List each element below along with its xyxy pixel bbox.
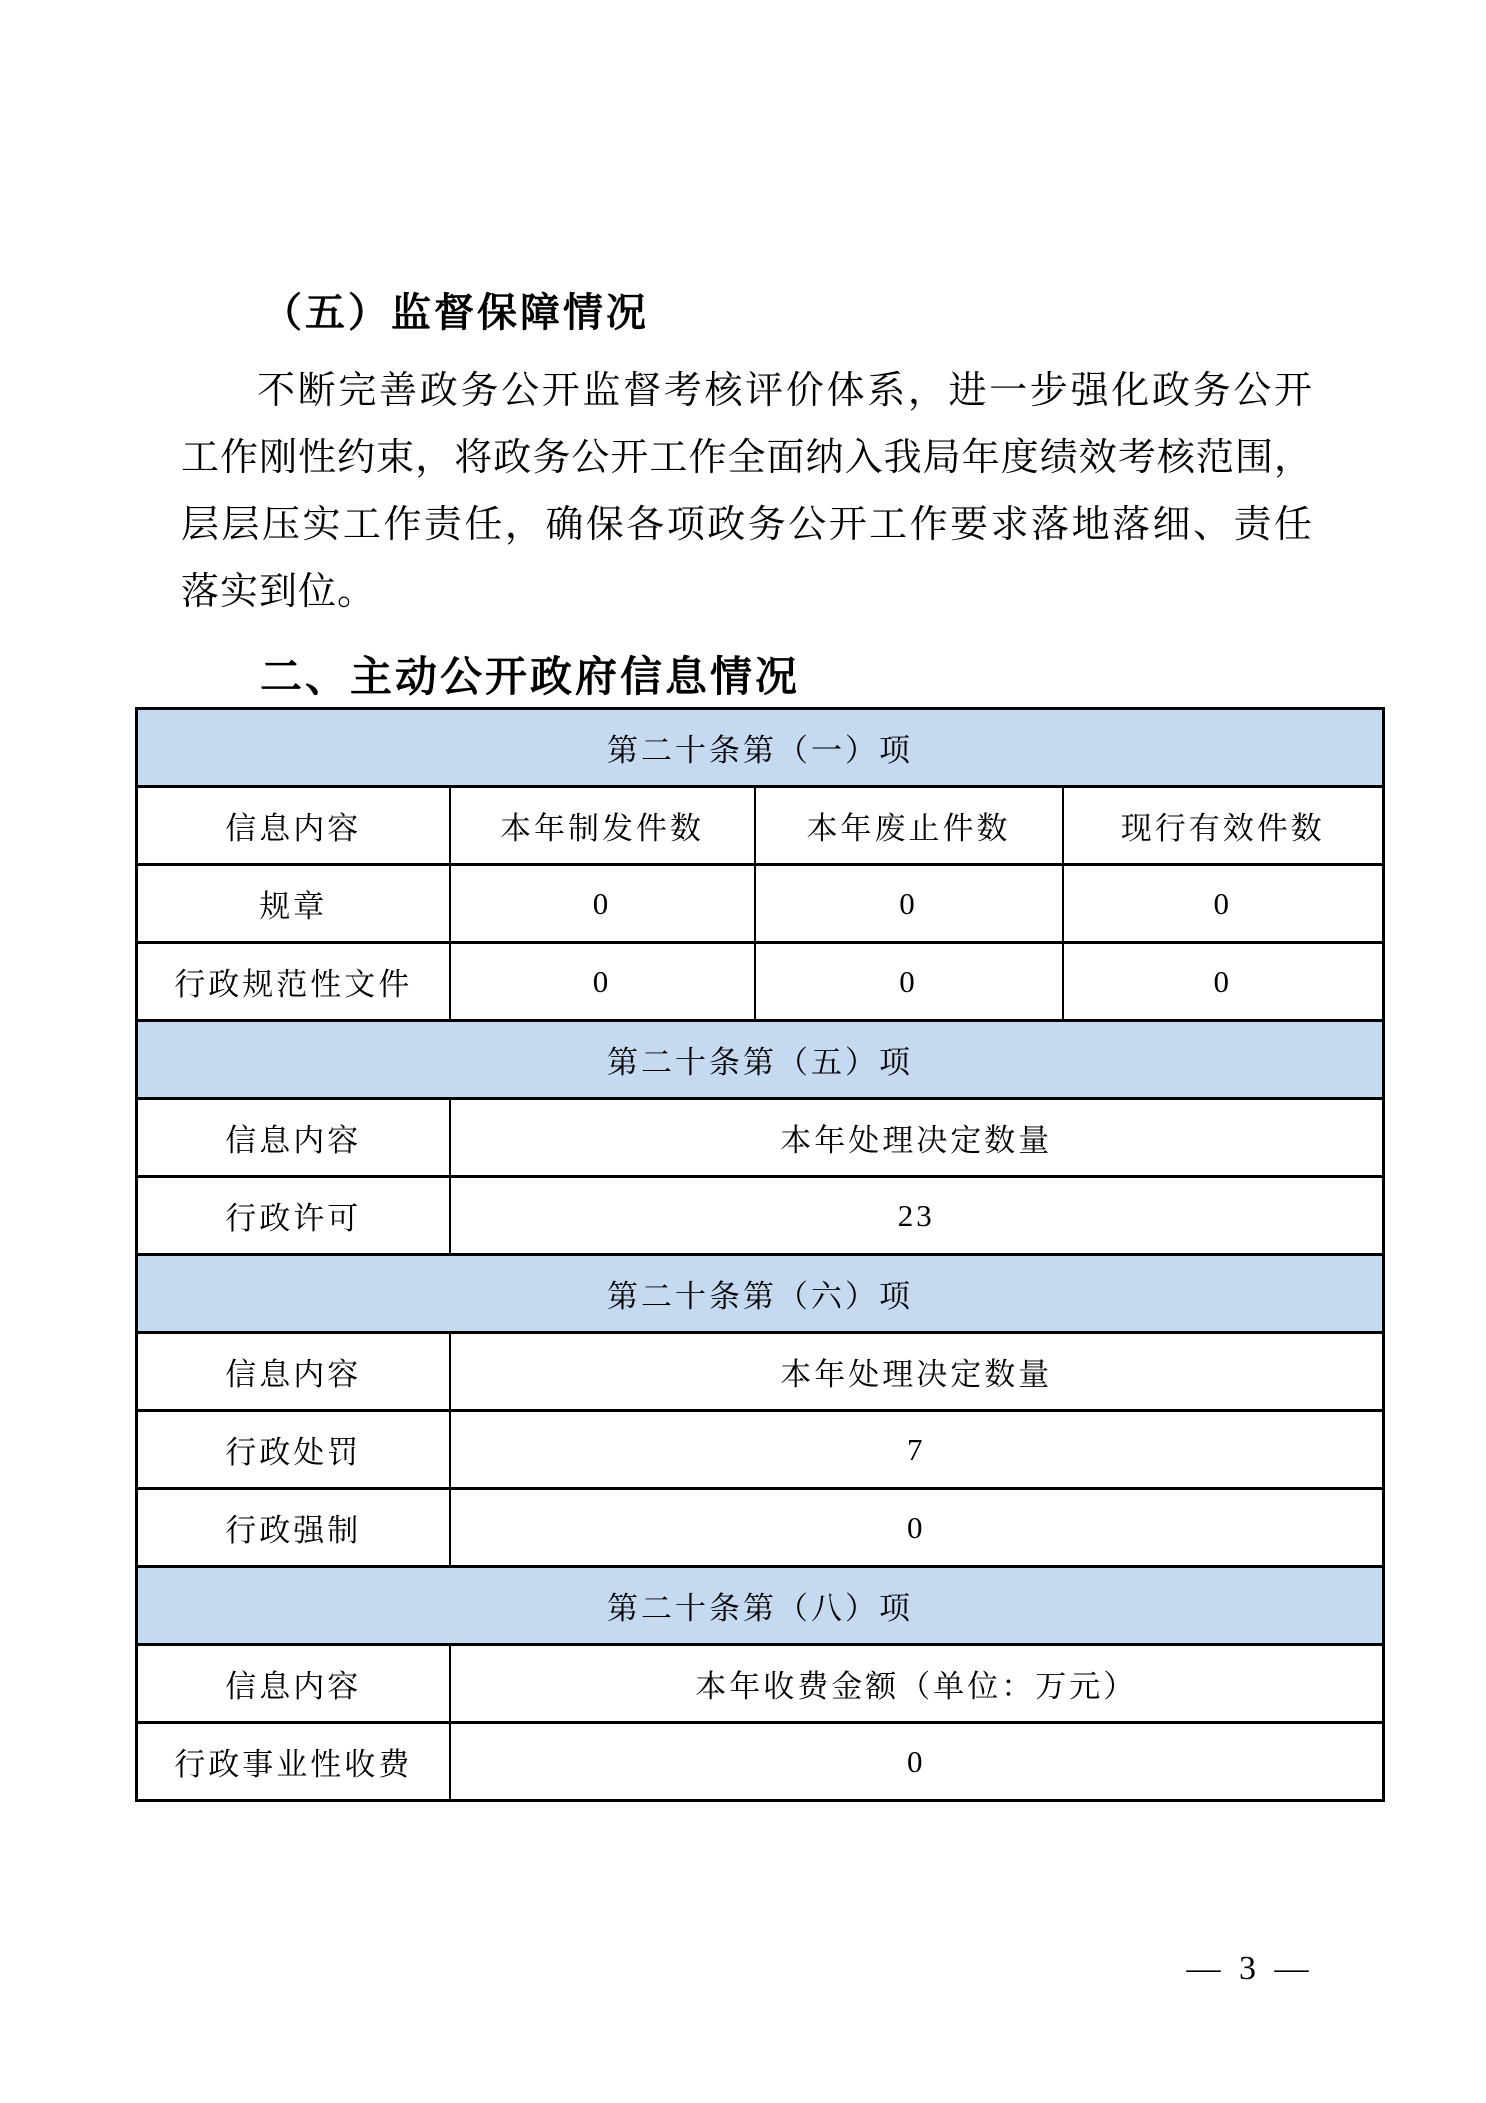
paragraph-line: 落实到位。: [181, 559, 1313, 626]
table-header-row: 信息内容 本年处理决定数量: [137, 1333, 1384, 1411]
table-row: 行政事业性收费 0: [137, 1723, 1384, 1801]
table-section-row: 第二十条第（六）项: [137, 1255, 1384, 1333]
table-cell-value: 0: [1063, 865, 1384, 943]
body-paragraph: 不断完善政务公开监督考核评价体系，进一步强化政务公开 工作刚性约束，将政务公开工…: [181, 358, 1313, 626]
table-section-header: 第二十条第（六）项: [137, 1255, 1384, 1333]
table-row-label: 行政规范性文件: [137, 943, 450, 1021]
table-col-header: 本年处理决定数量: [450, 1099, 1384, 1177]
table-row: 规章 0 0 0: [137, 865, 1384, 943]
section-heading: 二、主动公开政府信息情况: [260, 644, 800, 704]
table-col-header: 信息内容: [137, 1645, 450, 1723]
table-header-row: 信息内容 本年收费金额（单位：万元）: [137, 1645, 1384, 1723]
table-col-header: 本年制发件数: [450, 787, 755, 865]
paragraph-line: 工作刚性约束，将政务公开工作全面纳入我局年度绩效考核范围，: [181, 425, 1313, 492]
info-disclosure-table: 第二十条第（一）项 信息内容 本年制发件数 本年废止件数 现行有效件数 规章 0…: [135, 707, 1385, 1802]
table-cell-value: 0: [450, 865, 755, 943]
page-number: — 3 —: [1145, 1950, 1355, 1988]
table-section-row: 第二十条第（八）项: [137, 1567, 1384, 1645]
table-section-row: 第二十条第（一）项: [137, 709, 1384, 787]
subsection-heading: （五）监督保障情况: [262, 281, 649, 338]
table-col-header: 本年处理决定数量: [450, 1333, 1384, 1411]
table-cell-value: 0: [755, 865, 1063, 943]
table-row-label: 行政处罚: [137, 1411, 450, 1489]
table-header-row: 信息内容 本年制发件数 本年废止件数 现行有效件数: [137, 787, 1384, 865]
table-col-header: 信息内容: [137, 1333, 450, 1411]
document-page: （五）监督保障情况 不断完善政务公开监督考核评价体系，进一步强化政务公开 工作刚…: [0, 0, 1486, 2103]
table-col-header: 信息内容: [137, 787, 450, 865]
table-row-label: 行政强制: [137, 1489, 450, 1567]
table-section-header: 第二十条第（八）项: [137, 1567, 1384, 1645]
table-cell-value: 0: [450, 943, 755, 1021]
table-row-label: 规章: [137, 865, 450, 943]
table-row-label: 行政许可: [137, 1177, 450, 1255]
table-cell-value: 7: [450, 1411, 1384, 1489]
table-cell-value: 0: [450, 1723, 1384, 1801]
table-cell-value: 0: [755, 943, 1063, 1021]
table-cell-value: 0: [1063, 943, 1384, 1021]
table-section-row: 第二十条第（五）项: [137, 1021, 1384, 1099]
table-col-header: 本年废止件数: [755, 787, 1063, 865]
paragraph-line: 不断完善政务公开监督考核评价体系，进一步强化政务公开: [181, 358, 1313, 425]
table-cell-value: 23: [450, 1177, 1384, 1255]
table-section-header: 第二十条第（一）项: [137, 709, 1384, 787]
table-row: 行政许可 23: [137, 1177, 1384, 1255]
paragraph-line: 层层压实工作责任，确保各项政务公开工作要求落地落细、责任: [181, 492, 1313, 559]
table-section-header: 第二十条第（五）项: [137, 1021, 1384, 1099]
table-row: 行政处罚 7: [137, 1411, 1384, 1489]
table-row: 行政规范性文件 0 0 0: [137, 943, 1384, 1021]
table-cell-value: 0: [450, 1489, 1384, 1567]
table-col-header: 本年收费金额（单位：万元）: [450, 1645, 1384, 1723]
table-col-header: 信息内容: [137, 1099, 450, 1177]
table-row-label: 行政事业性收费: [137, 1723, 450, 1801]
table-row: 行政强制 0: [137, 1489, 1384, 1567]
table-col-header: 现行有效件数: [1063, 787, 1384, 865]
table-header-row: 信息内容 本年处理决定数量: [137, 1099, 1384, 1177]
